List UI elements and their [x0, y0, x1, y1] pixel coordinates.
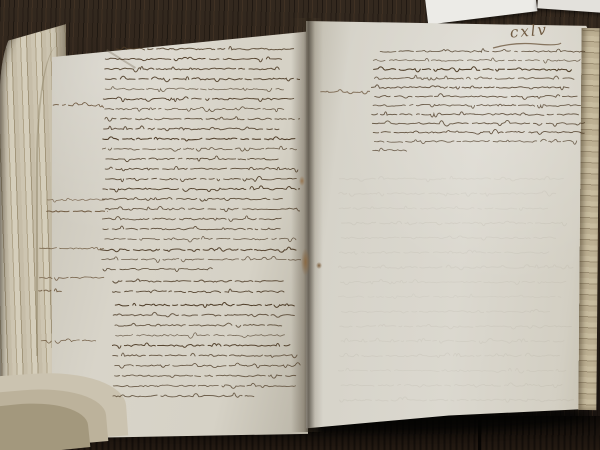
- left-page-paragraph-3: [112, 275, 302, 296]
- left-marginal-note-1: [52, 98, 104, 110]
- paper-slip: [425, 0, 538, 25]
- paper-slip-2: [537, 0, 600, 16]
- left-marginal-note-5: [40, 333, 96, 346]
- right-marginal-note: [320, 84, 370, 97]
- left-page-paragraph-4: [112, 299, 302, 400]
- ink-stain-3: [316, 262, 322, 269]
- right-page-show-through: [338, 170, 574, 406]
- left-marginal-note-3: [38, 241, 104, 253]
- left-page-paragraph-2: [99, 244, 301, 273]
- ink-stain: [301, 248, 310, 276]
- left-marginal-note-4: [36, 270, 108, 296]
- folio-underline-flourish: [490, 40, 564, 50]
- right-page-paragraph-1: [371, 46, 587, 154]
- left-page-paragraph-1: [102, 43, 300, 243]
- manuscript-photo: cxlv: [0, 0, 600, 450]
- left-marginal-note-2: [44, 193, 108, 216]
